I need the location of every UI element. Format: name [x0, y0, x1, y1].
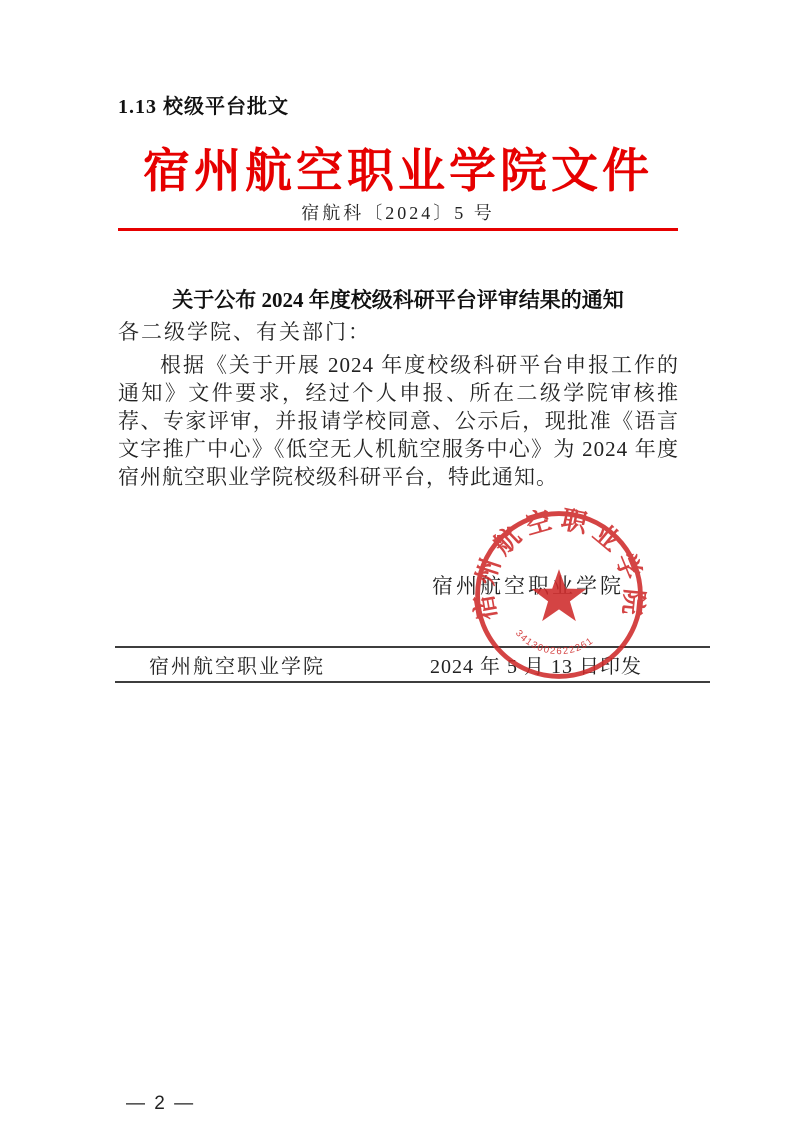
letterhead-divider — [118, 228, 678, 231]
page-number: — 2 — — [126, 1093, 195, 1115]
official-seal: 宿州航空职业学院 3413002622261 — [468, 503, 650, 687]
document-page: 1.13 校级平台批文 宿州航空职业学院文件 宿航科〔2024〕5 号 关于公布… — [0, 0, 793, 1122]
notice-salutation: 各二级学院、有关部门： — [118, 316, 371, 346]
notice-title: 关于公布 2024 年度校级科研平台评审结果的通知 — [118, 284, 678, 314]
section-label: 1.13 校级平台批文 — [118, 90, 289, 119]
seal-star-icon — [532, 569, 587, 621]
seal-serial-number-arc: 3413002622261 — [513, 628, 595, 657]
document-number: 宿航科〔2024〕5 号 — [118, 199, 678, 225]
notice-body: 根据《关于开展 2024 年度校级科研平台申报工作的通知》文件要求，经过个人申报… — [118, 351, 679, 491]
letterhead-title: 宿州航空职业学院文件 — [118, 134, 678, 201]
footer-issuer: 宿州航空职业学院 — [149, 650, 325, 679]
